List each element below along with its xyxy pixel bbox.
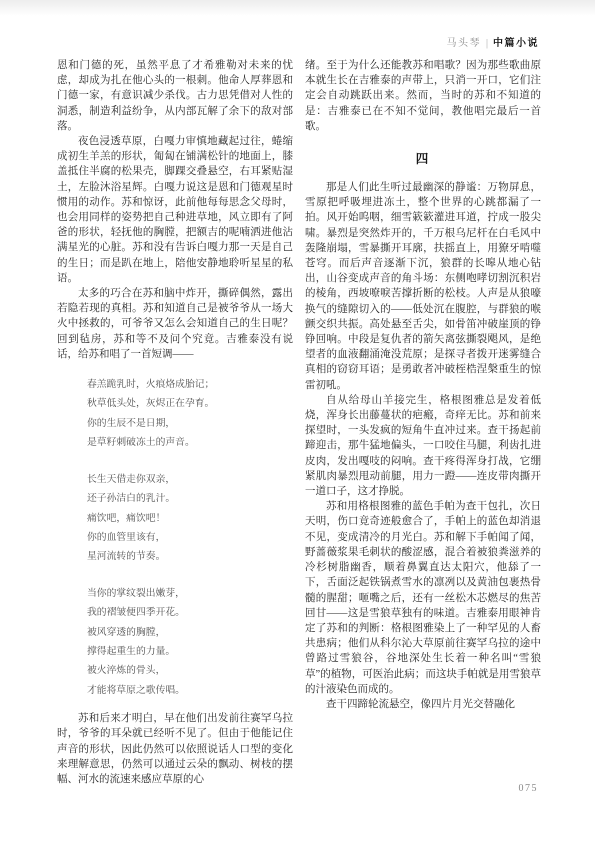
poem-line: 你的血管里该有， xyxy=(87,528,293,547)
running-head: 马头琴|中篇小说 xyxy=(446,38,539,50)
page-number: 075 xyxy=(519,783,539,794)
poem-line: 还子孙洁白的乳汁。 xyxy=(87,489,293,508)
paragraph: 自从给母山羊接完生，格根图雅总是发着低烧，浑身长出藤蔓状的疤瘢，奇痒无比。苏和前… xyxy=(305,393,541,499)
paragraph: 苏和用格根图雅的蓝色手帕为查干包扎，次日天明，伤口竟奇迹般愈合了，手帕上的蓝色却… xyxy=(305,499,541,697)
section-label: 中篇小说 xyxy=(493,38,539,49)
paragraph: 那是人们此生听过最幽深的静谧：万物屏息，雪原把呼吸埋进冻土，整个世界的心跳都漏了… xyxy=(305,180,541,393)
poem-line: 被火淬炼的骨头， xyxy=(87,661,293,680)
poem-stanza: 春羔跪乳时，火痕烙成胎记； 秋草低头处，灰烬正在孕育。 你的生辰不是日期， 是草… xyxy=(87,375,293,453)
paragraph: 恩和门德的死，虽然平息了才希雅勒对未来的忧虑，却成为扎在他心头的一根刺。他命人厚… xyxy=(57,58,293,134)
poem-line: 当你的掌纹裂出嫩芽， xyxy=(87,584,293,603)
chapter-number-heading: 四 xyxy=(305,149,541,167)
poem-line: 秋草低头处，灰烬正在孕育。 xyxy=(87,394,293,413)
left-column: 恩和门德的死，虽然平息了才希雅勒对未来的忧虑，却成为扎在他心头的一根刺。他命人厚… xyxy=(57,58,293,787)
paragraph: 苏和后来才明白，早在他们出发前往赛罕乌拉时，爷爷的耳朵就已经听不见了。但由于他能… xyxy=(57,711,293,787)
poem-block: 春羔跪乳时，火痕烙成胎记； 秋草低头处，灰烬正在孕育。 你的生辰不是日期， 是草… xyxy=(87,375,293,700)
paragraph: 夜色浸透草原，白嘎力审慎地藏起过往，蜷缩成初生羊羔的形状，匍匐在铺满松针的地面上… xyxy=(57,134,293,286)
poem-line: 春羔跪乳时，火痕烙成胎记； xyxy=(87,375,293,394)
header-separator: | xyxy=(486,38,488,49)
right-column: 绪。至于为什么还能教苏和唱歌？因为那些歌曲原本就生长在吉雅泰的声带上，只消一开口… xyxy=(305,58,541,787)
poem-line: 被风穿透的胸膛， xyxy=(87,623,293,642)
paragraph: 太多的巧合在苏和脑中炸开，撕碎偶然，露出若隐若现的真相。苏和知道自己是被爷爷从一… xyxy=(57,286,293,362)
poem-line: 星河流转的节奏。 xyxy=(87,547,293,566)
paragraph: 查干四蹄轮流悬空，像四片月光交替融化 xyxy=(305,697,541,712)
poem-line: 痛饮吧，痛饮吧！ xyxy=(87,509,293,528)
poem-line: 长生天借走你双亲， xyxy=(87,470,293,489)
poem-line: 是草籽刺破冻土的声音。 xyxy=(87,433,293,452)
poem-stanza: 当你的掌纹裂出嫩芽， 我的褶皱便四季开花。 被风穿透的胸膛， 撑得起重生的力量。… xyxy=(87,584,293,700)
poem-line: 撑得起重生的力量。 xyxy=(87,642,293,661)
poem-stanza: 长生天借走你双亲， 还子孙洁白的乳汁。 痛饮吧，痛饮吧！ 你的血管里该有， 星河… xyxy=(87,470,293,567)
poem-line: 我的褶皱便四季开花。 xyxy=(87,603,293,622)
paragraph: 绪。至于为什么还能教苏和唱歌？因为那些歌曲原本就生长在吉雅泰的声带上，只消一开口… xyxy=(305,58,541,134)
text-columns: 恩和门德的死，虽然平息了才希雅勒对未来的忧虑，却成为扎在他心头的一根刺。他命人厚… xyxy=(57,58,541,787)
book-page: 马头琴|中篇小说 恩和门德的死，虽然平息了才希雅勒对未来的忧虑，却成为扎在他心头… xyxy=(0,0,595,842)
poem-line: 才能将草原之歌传唱。 xyxy=(87,681,293,700)
poem-line: 你的生辰不是日期， xyxy=(87,414,293,433)
book-title: 马头琴 xyxy=(446,38,481,49)
